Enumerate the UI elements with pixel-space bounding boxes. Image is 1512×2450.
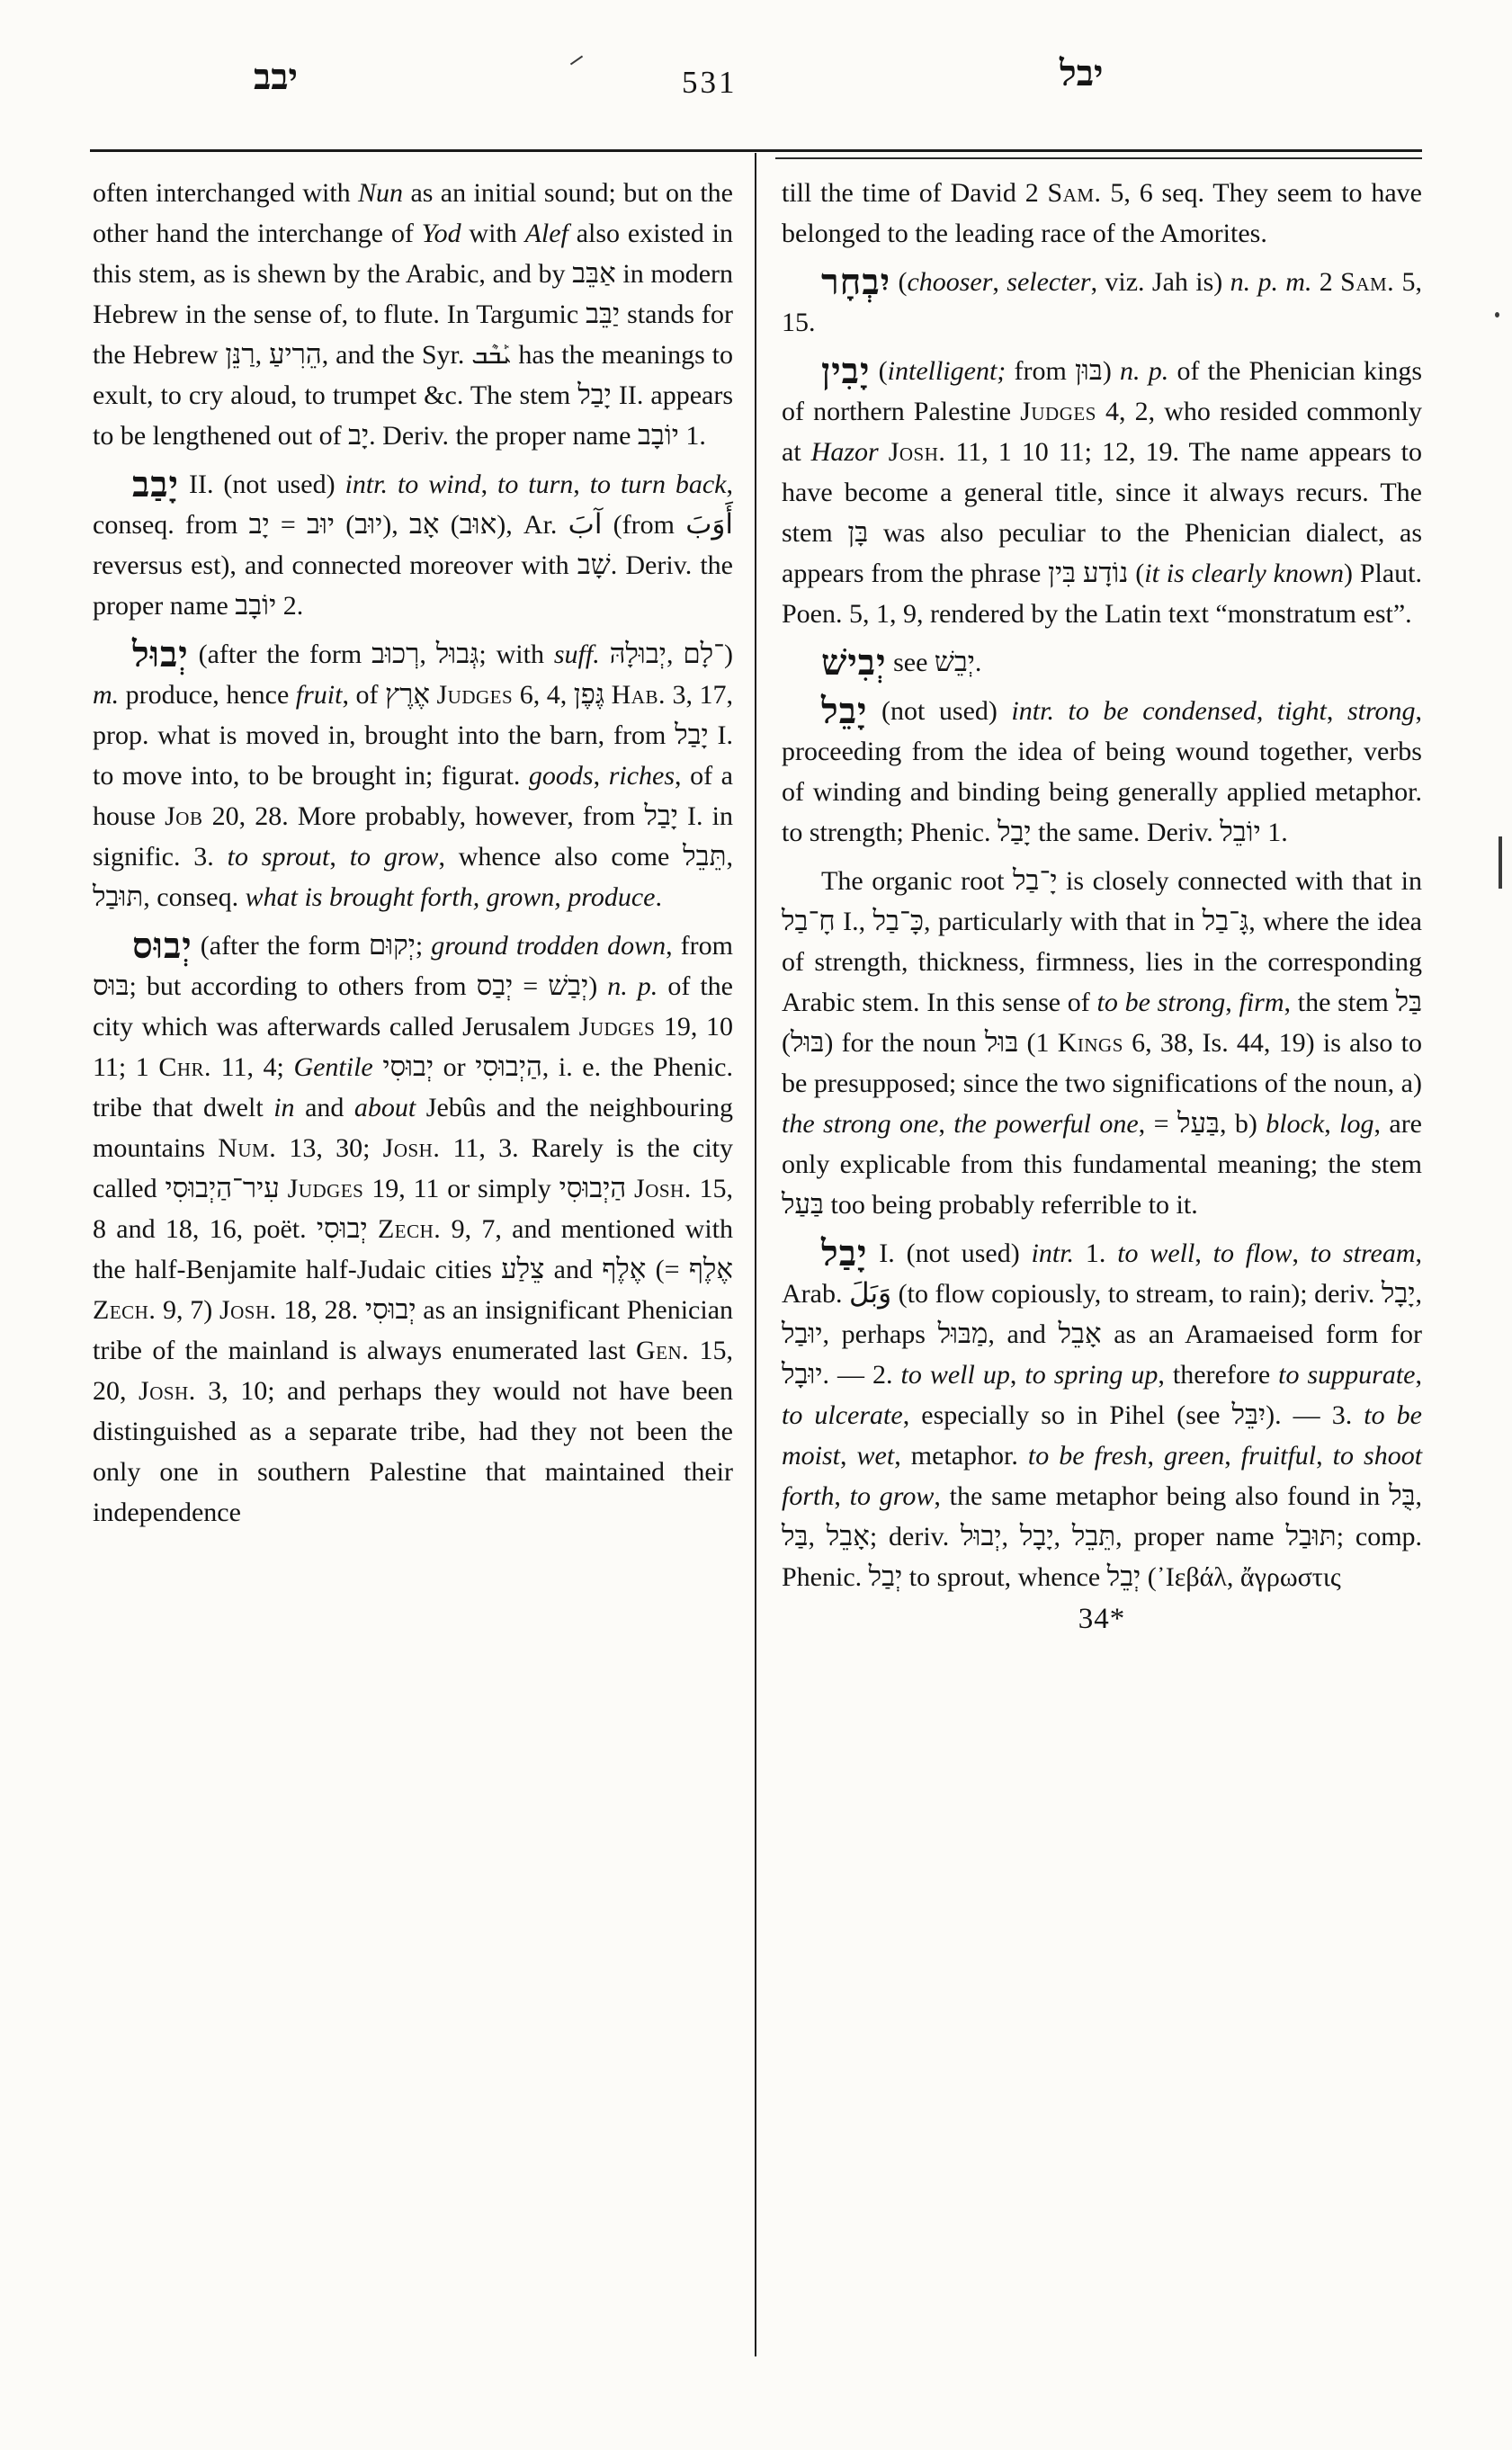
scripture-reference: Num. xyxy=(218,1133,276,1163)
hebrew-word: יְבַשׁ xyxy=(548,970,588,1001)
italic-text: intelligent; xyxy=(888,356,1007,386)
text-run: (to flow copiously, to stream, to rain);… xyxy=(891,1279,1382,1309)
hebrew-word: צֵלַע xyxy=(501,1253,544,1284)
text-run xyxy=(879,437,889,467)
italic-text: n. p. xyxy=(1120,356,1168,386)
text-run xyxy=(604,680,612,710)
lexicon-page: יבב 531 יבל often interchanged with Nun … xyxy=(0,0,1512,2450)
text-run: . xyxy=(655,882,662,912)
hebrew-word: נוֹדָע xyxy=(1083,557,1128,588)
text-run: , xyxy=(1316,1441,1333,1471)
text-run: The organic root xyxy=(821,866,1013,896)
hebrew-word: יְבוּל xyxy=(961,1520,1002,1551)
page-number: 531 xyxy=(682,65,738,101)
text-run: or xyxy=(434,1052,475,1082)
hebrew-word: עִיר־הַיְבוּסִי xyxy=(165,1172,279,1203)
hebrew-word: גְּבוּל xyxy=(436,638,479,669)
syriac-word: ܝܰܒܶܒ xyxy=(471,340,511,370)
italic-text: to grow xyxy=(850,1481,935,1511)
italic-text: n. p. xyxy=(607,971,658,1001)
right-column-text: till the time of David 2 Sam. 5, 6 seq. … xyxy=(782,173,1422,1597)
hebrew-word: גֶּפֶן xyxy=(574,678,604,710)
hebrew-word: יָב xyxy=(249,508,270,540)
text-run: and xyxy=(544,1255,602,1284)
italic-text: firm xyxy=(1239,988,1284,1017)
italic-text: goods xyxy=(529,761,594,791)
hebrew-word: מַבּוּל xyxy=(938,1318,989,1349)
entry-yabab-II: יָבַב II. (not used) intr. to wind, to t… xyxy=(93,464,733,626)
hebrew-word: אַבֵּב xyxy=(572,257,615,289)
hebrew-word: רְכוּב xyxy=(371,638,419,669)
hebrew-word: אֶרֶץ xyxy=(385,678,430,710)
text-run xyxy=(373,1052,383,1082)
hebrew-word: שָׁב xyxy=(577,549,611,580)
text-run: ) xyxy=(588,971,607,1001)
italic-text: Nun xyxy=(358,178,403,208)
text-run: too being probably referrible to it. xyxy=(824,1190,1198,1220)
italic-text: to flow xyxy=(1213,1238,1293,1268)
text-run: , b) xyxy=(1220,1109,1266,1139)
hebrew-headword: יָבִין xyxy=(821,351,870,391)
scripture-reference: Judges xyxy=(288,1174,364,1203)
hebrew-word: אוּב xyxy=(460,508,497,540)
hebrew-word: בֻּל xyxy=(1389,1480,1415,1511)
text-run: ( xyxy=(1128,559,1144,588)
italic-text: to well up xyxy=(901,1360,1010,1390)
running-head-right: יבל xyxy=(1060,52,1103,94)
text-run: , xyxy=(840,1441,857,1471)
hebrew-word: כָּ־בַל xyxy=(873,905,924,936)
italic-text: to spring up xyxy=(1024,1360,1158,1390)
hebrew-headword: יִבְחָר xyxy=(821,262,890,302)
text-run: ), xyxy=(382,510,409,540)
entry-yibhar: יִבְחָר (chooser, selecter, viz. Jah is)… xyxy=(782,262,1422,343)
text-run xyxy=(368,1214,378,1244)
italic-text: to grow xyxy=(350,842,439,872)
scripture-reference: Josh. xyxy=(383,1133,441,1163)
hebrew-word: יָבַל xyxy=(577,379,612,410)
italic-text: selecter xyxy=(1007,267,1090,297)
hebrew-word: יָבַל xyxy=(644,800,678,831)
text-run: (after the form xyxy=(192,931,369,961)
text-run: to sprout, whence xyxy=(902,1562,1106,1592)
hebrew-word: יָבַל xyxy=(675,719,709,750)
text-run: , whence also come xyxy=(438,842,683,872)
hebrew-word: תּוּבַל xyxy=(1285,1520,1336,1551)
text-run xyxy=(600,639,610,669)
text-run: , xyxy=(573,469,589,499)
italic-text: it is clearly known xyxy=(1144,559,1344,588)
hebrew-word: יְבוּסִי xyxy=(382,1051,434,1082)
text-run: , xyxy=(419,639,435,669)
right-column: till the time of David 2 Sam. 5, 6 seq. … xyxy=(782,173,1422,1636)
italic-text: to sprout xyxy=(228,842,330,872)
italic-text: to turn back xyxy=(590,469,727,499)
text-run: , perhaps xyxy=(823,1319,938,1349)
text-run: , xyxy=(329,842,349,872)
hebrew-word: בִּין xyxy=(1048,557,1076,588)
italic-text: suff. xyxy=(554,639,600,669)
text-run: , xyxy=(1327,696,1347,726)
organic-root-note: The organic root יָ־בַל is closely conne… xyxy=(782,861,1422,1225)
scripture-reference: Gen. xyxy=(636,1336,689,1365)
hebrew-word: גָּ־בַל xyxy=(1203,905,1249,936)
text-run: till the time of David 2 xyxy=(782,178,1048,208)
text-run: . — 2. xyxy=(823,1360,901,1390)
text-run: 1. xyxy=(1074,1238,1117,1268)
text-run: , xyxy=(727,842,734,872)
text-run: ; deriv. xyxy=(870,1522,961,1551)
text-run: , xyxy=(808,1522,826,1551)
text-run: , xyxy=(1224,1441,1241,1471)
text-run: , and the Syr. xyxy=(322,340,472,370)
hebrew-word: תֵּבֵל xyxy=(1072,1520,1115,1551)
hebrew-word: יְבוּלָהּ xyxy=(610,638,667,669)
italic-text: Alef xyxy=(525,219,568,248)
hebrew-word: יָבָל xyxy=(1382,1277,1416,1309)
hebrew-word: תֵּבֵל xyxy=(683,840,726,872)
header-rule xyxy=(90,149,1422,152)
italic-text: fruitful xyxy=(1241,1441,1316,1471)
italic-text: to well xyxy=(1117,1238,1194,1268)
arabic-word: آبَ xyxy=(568,508,603,541)
hebrew-word: חָ־בַל xyxy=(782,905,836,936)
hebrew-word: יְבַס xyxy=(477,970,514,1001)
scripture-reference: Josh. xyxy=(219,1295,277,1325)
text-run: , xyxy=(834,1481,849,1511)
scripture-reference: Judges xyxy=(437,680,514,710)
hebrew-word: אֶלֶף xyxy=(689,1253,733,1284)
running-head-left: יבב xyxy=(254,56,298,98)
entry-yabin: יָבִין (intelligent; from בּוּן) n. p. o… xyxy=(782,351,1422,634)
entry-yabel: יָבֵל (not used) intr. to be condensed, … xyxy=(782,691,1422,853)
scripture-reference: Hab. xyxy=(612,680,666,710)
hebrew-word: הַיְבוּסִי xyxy=(559,1172,627,1203)
hebrew-word: יוּב xyxy=(307,508,335,540)
text-run: , especially so in Pihel (see xyxy=(903,1400,1232,1430)
left-column-text: often interchanged with Nun as an initia… xyxy=(93,173,733,1533)
text-run: = xyxy=(513,971,548,1001)
hebrew-word: יִבֵּל xyxy=(1232,1399,1266,1430)
text-run: II. (not used) xyxy=(179,469,344,499)
scan-speck xyxy=(1495,312,1499,317)
text-run: = xyxy=(270,510,307,540)
scripture-reference: Chr. xyxy=(158,1052,211,1082)
text-run: , xyxy=(1416,1481,1423,1511)
italic-text: Yod xyxy=(422,219,461,248)
text-run: , xyxy=(1292,1238,1310,1268)
scripture-reference: Sam. xyxy=(1048,178,1102,208)
italic-text: m. xyxy=(93,680,119,710)
hebrew-word: יְבֵשׁ xyxy=(935,646,975,677)
hebrew-word: בַּל xyxy=(1396,986,1422,1017)
italic-text: to stream xyxy=(1311,1238,1416,1268)
hebrew-word: אָבֵל xyxy=(827,1520,870,1551)
italic-text: strong xyxy=(1347,696,1416,726)
cross-reference-yebish: יְבִישׁ see יְבֵשׁ. xyxy=(782,642,1422,683)
hebrew-headword: יָבַב xyxy=(132,464,179,505)
text-run: , xyxy=(1194,1238,1212,1268)
italic-text: about xyxy=(354,1093,416,1122)
hebrew-word: יָב xyxy=(348,419,369,451)
text-run: often interchanged with xyxy=(93,178,358,208)
text-run: ). — 3. xyxy=(1266,1400,1364,1430)
scripture-reference: Judges xyxy=(1020,397,1096,426)
hebrew-word: יְבֵל xyxy=(1107,1560,1141,1592)
italic-text: block xyxy=(1266,1109,1324,1139)
scan-speck xyxy=(570,56,583,66)
hebrew-word: הַיְבוּסִי xyxy=(475,1051,542,1082)
text-run: 13, 30; xyxy=(276,1133,382,1163)
hebrew-word: יָבָל xyxy=(1020,1520,1054,1551)
hebrew-word: בָּן xyxy=(847,516,868,548)
text-run: 6, 4, xyxy=(513,680,574,710)
arabic-word: أَوَبَ xyxy=(685,508,733,541)
italic-text: to be strong xyxy=(1097,988,1226,1017)
hebrew-word: יוֹבֵל xyxy=(1220,816,1261,847)
hebrew-headword: יָבֵל xyxy=(821,691,867,731)
text-run: ), Ar. xyxy=(497,510,568,540)
text-run: , xyxy=(667,639,683,669)
italic-text: to be condensed, tight xyxy=(1069,696,1327,726)
text-run: , of xyxy=(342,680,385,710)
hebrew-word: בּוּל xyxy=(791,1026,824,1058)
italic-text: ground trodden down xyxy=(431,931,666,961)
text-run xyxy=(430,680,437,710)
italic-text: Gentile xyxy=(293,1052,372,1082)
italic-text: green xyxy=(1164,1441,1224,1471)
text-run: 1. xyxy=(679,421,706,451)
italic-text: fruit xyxy=(296,680,343,710)
scripture-reference: Sam. xyxy=(1340,267,1394,297)
hebrew-word: יָבַל xyxy=(998,816,1032,847)
text-run: , xyxy=(1225,988,1239,1017)
text-run xyxy=(1054,696,1069,726)
scripture-reference: Zech. xyxy=(93,1295,156,1325)
hebrew-word: יָ־בַל xyxy=(1013,864,1057,896)
text-run: , xyxy=(992,267,1007,297)
entry-yebul: יְבוּל (after the form רְכוּב, גְּבוּל; … xyxy=(93,634,733,917)
text-run: produce, hence xyxy=(119,680,296,710)
text-run: reversus est), and connected moreover wi… xyxy=(93,550,577,580)
greek-word: ᾿Ιεβάλ xyxy=(1157,1562,1227,1592)
continuation-entry-yabab-I: often interchanged with Nun as an initia… xyxy=(93,173,733,456)
text-run: ( xyxy=(890,267,907,297)
text-run: 2. xyxy=(276,591,303,621)
hebrew-word: אָבֵל xyxy=(1059,1318,1102,1349)
text-run: 20, 28. More probably, however, from xyxy=(202,801,644,831)
text-run: , xyxy=(481,469,497,499)
greek-word: ἄγρωστις xyxy=(1240,1562,1341,1592)
text-run: , xyxy=(1148,1441,1165,1471)
text-run: , xyxy=(938,1109,953,1139)
italic-text: to ulcerate xyxy=(782,1400,903,1430)
hebrew-word: ־לָם xyxy=(683,638,724,669)
text-run: ) xyxy=(1103,356,1120,386)
hebrew-word: אָב xyxy=(409,508,440,540)
italic-text: the strong one xyxy=(782,1109,938,1139)
text-run: , xyxy=(1053,1522,1071,1551)
scripture-reference: Judges xyxy=(579,1012,656,1042)
entry-yebus: יְבוּס (after the form יְקוּם; ground tr… xyxy=(93,925,733,1533)
header-rule-secondary xyxy=(775,157,1422,159)
scripture-reference: Josh. xyxy=(889,437,946,467)
text-run: (1 xyxy=(1018,1028,1057,1058)
text-run: ( xyxy=(440,510,460,540)
text-run: , = xyxy=(1139,1109,1177,1139)
hebrew-word: יְקוּם xyxy=(369,929,416,961)
hebrew-headword: יְבוּס xyxy=(132,925,192,966)
text-run: 19, 11 or simply xyxy=(363,1174,559,1203)
italic-text: what is brought forth, grown, produce xyxy=(246,882,656,912)
text-run: ( xyxy=(870,356,887,386)
text-columns: often interchanged with Nun as an initia… xyxy=(93,173,1422,1636)
signature-mark: 34* xyxy=(782,1603,1422,1636)
text-run xyxy=(626,1174,634,1203)
hebrew-word: יְבוּסִי xyxy=(365,1293,416,1325)
text-run: ; but according to others from xyxy=(130,971,477,1001)
text-run: , xyxy=(1227,1562,1240,1592)
text-run: , particularly with that in xyxy=(924,907,1203,936)
italic-text: wet xyxy=(857,1441,895,1471)
text-run: I. (not used) xyxy=(867,1238,1031,1268)
scripture-reference: Job xyxy=(165,801,202,831)
text-run: , xyxy=(1324,1109,1339,1139)
italic-text: chooser xyxy=(907,267,992,297)
text-run: 11, 4; xyxy=(211,1052,293,1082)
text-run: the same. Deriv. xyxy=(1032,818,1221,847)
scripture-reference: Zech. xyxy=(378,1214,441,1244)
italic-text: to suppurate xyxy=(1278,1360,1415,1390)
text-run: . xyxy=(975,648,982,677)
text-run: , xyxy=(1416,1279,1423,1309)
arabic-word: وَبَلَ xyxy=(849,1277,891,1310)
text-run: , and xyxy=(988,1319,1058,1349)
italic-text: riches xyxy=(609,761,675,791)
hebrew-word: רַנֵּן xyxy=(225,338,255,370)
continuation-entry-yebus: till the time of David 2 Sam. 5, 6 seq. … xyxy=(782,173,1422,254)
text-run: , xyxy=(1416,1360,1423,1390)
text-run: (from xyxy=(602,510,685,540)
hebrew-word: הֵרִיעַ xyxy=(269,338,322,370)
scan-speck xyxy=(1499,836,1502,889)
text-run: from xyxy=(1006,356,1075,386)
entry-yabal-I: יָבַל I. (not used) intr. 1. to well, to… xyxy=(782,1233,1422,1597)
text-run: , the same metaphor being also found in xyxy=(934,1481,1389,1511)
hebrew-headword: יְבִישׁ xyxy=(821,642,887,683)
italic-text: to wind xyxy=(398,469,481,499)
text-run: as an Aramaeised form for xyxy=(1102,1319,1422,1349)
italic-text: intr. xyxy=(1011,696,1054,726)
text-run: with xyxy=(461,219,525,248)
scripture-reference: Kings xyxy=(1058,1028,1123,1058)
hebrew-word: בַּעַל xyxy=(1177,1107,1220,1139)
hebrew-word: בַּל xyxy=(782,1520,808,1551)
scripture-reference: Josh. xyxy=(634,1174,692,1203)
text-run: , conseq. xyxy=(143,882,245,912)
hebrew-word: יְבוּסִי xyxy=(317,1212,368,1244)
text-run: ( xyxy=(782,1028,791,1058)
text-run: (= xyxy=(646,1255,688,1284)
text-run: 1. xyxy=(1261,818,1288,847)
hebrew-word: יְבַל xyxy=(869,1560,903,1592)
text-run: ) for the noun xyxy=(824,1028,985,1058)
hebrew-word: יוֹבָב xyxy=(235,589,276,621)
text-run: (after the form xyxy=(189,639,371,669)
text-run: and xyxy=(295,1093,354,1122)
text-run: . Deriv. the proper name xyxy=(369,421,638,451)
italic-text: intr. xyxy=(345,469,389,499)
hebrew-headword: יָבַל xyxy=(821,1233,867,1274)
text-run: ( xyxy=(335,510,354,540)
scripture-reference: Josh. xyxy=(139,1376,196,1406)
hebrew-word: בּוּל xyxy=(985,1026,1018,1058)
hebrew-word: בּוּן xyxy=(1075,354,1103,386)
text-run: I., xyxy=(836,907,873,936)
text-run: , xyxy=(1002,1522,1020,1551)
text-run: , metaphor. xyxy=(894,1441,1028,1471)
italic-text: to be fresh xyxy=(1028,1441,1148,1471)
text-run xyxy=(1076,559,1083,588)
italic-text: intr. xyxy=(1032,1238,1075,1268)
italic-text: Hazor xyxy=(811,437,879,467)
text-run: , therefore xyxy=(1158,1360,1278,1390)
text-run: , the stem xyxy=(1284,988,1396,1017)
italic-text: log xyxy=(1339,1109,1373,1139)
text-run xyxy=(388,469,398,499)
hebrew-word: אֶלֶף xyxy=(602,1253,646,1284)
hebrew-word: יוּבָל xyxy=(782,1358,823,1390)
italic-text: the powerful one xyxy=(953,1109,1138,1139)
hebrew-word: יוּב xyxy=(354,508,382,540)
text-run: 9, 7) xyxy=(156,1295,219,1325)
text-run: ) xyxy=(724,639,733,669)
text-run: see xyxy=(887,648,935,677)
text-run: , xyxy=(594,761,609,791)
hebrew-word: יוֹבָב xyxy=(638,419,679,451)
text-run: is closely connected with that in xyxy=(1057,866,1422,896)
text-run xyxy=(280,1174,288,1203)
text-run: ; with xyxy=(479,639,553,669)
hebrew-headword: יְבוּל xyxy=(132,634,189,675)
left-column: often interchanged with Nun as an initia… xyxy=(93,173,733,1636)
text-run: 18, 28. xyxy=(277,1295,365,1325)
hebrew-word: יוּבַל xyxy=(782,1318,823,1349)
text-run: , xyxy=(1010,1360,1025,1390)
text-run: ( xyxy=(1141,1562,1157,1592)
italic-text: to turn xyxy=(497,469,573,499)
text-run: , xyxy=(255,340,269,370)
text-run: 2 xyxy=(1311,267,1340,297)
hebrew-word: בַּעַל xyxy=(782,1188,824,1220)
hebrew-word: תּוּבַל xyxy=(93,881,143,912)
text-run: ; xyxy=(416,931,431,961)
text-run: , viz. Jah is) xyxy=(1091,267,1230,297)
hebrew-word: יַבֵּב xyxy=(586,298,620,329)
italic-text: n. p. m. xyxy=(1230,267,1312,297)
text-run: , proper name xyxy=(1115,1522,1285,1551)
text-run: (not used) xyxy=(867,696,1011,726)
text-run: , from xyxy=(666,931,733,961)
hebrew-word: בּוּס xyxy=(93,970,130,1001)
italic-text: in xyxy=(273,1093,294,1122)
